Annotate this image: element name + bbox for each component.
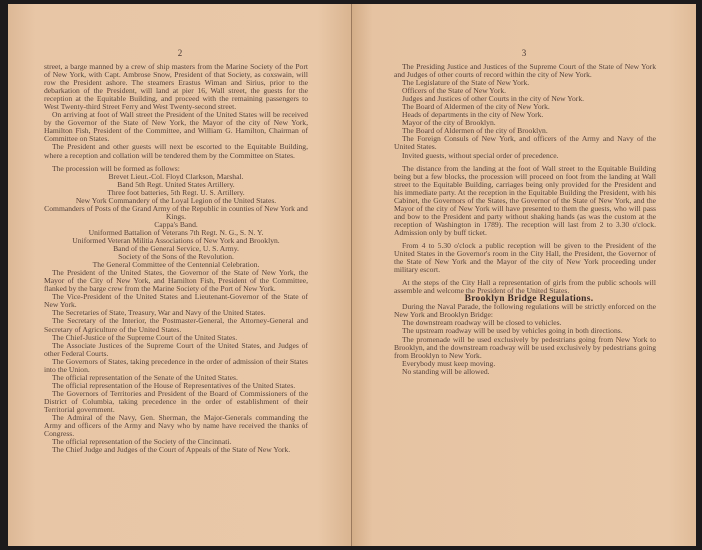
paragraph: The distance from the landing at the foo… xyxy=(394,165,656,237)
paragraph: The President and other guests will next… xyxy=(44,143,308,159)
paragraph: The Chief Judge and Judges of the Court … xyxy=(44,446,308,454)
paragraph: At the steps of the City Hall a represen… xyxy=(394,279,656,295)
left-page: 2 street, a barge manned by a crew of sh… xyxy=(8,4,352,546)
paragraph: Invited guests, without special order of… xyxy=(394,152,656,160)
paragraph: The Admiral of the Navy, Gen. Sherman, t… xyxy=(44,414,308,438)
regulation: During the Naval Parade, the following r… xyxy=(394,303,656,319)
page-number: 3 xyxy=(352,48,696,58)
paragraph: street, a barge manned by a crew of ship… xyxy=(44,63,308,111)
regulation: The promenade will be used exclusively b… xyxy=(394,336,656,360)
paragraph: The Secretary of the Interior, the Postm… xyxy=(44,317,308,333)
procession-item: Commanders of Posts of the Grand Army of… xyxy=(44,205,308,221)
right-page: 3 The Presiding Justice and Justices of … xyxy=(352,4,696,546)
paragraph: From 4 to 5.30 o'clock a public receptio… xyxy=(394,242,656,274)
paragraph: The Foreign Consuls of New York, and off… xyxy=(394,135,656,151)
page-number: 2 xyxy=(8,48,352,58)
right-page-text: The Presiding Justice and Justices of th… xyxy=(394,63,656,376)
paragraph: The Vice-President of the United States … xyxy=(44,293,308,309)
paragraph: The Presiding Justice and Justices of th… xyxy=(394,63,656,79)
paragraph: The Associate Justices of the Supreme Co… xyxy=(44,342,308,358)
paragraph: The President of the United States, the … xyxy=(44,269,308,293)
paragraph: On arriving at foot of Wall street the P… xyxy=(44,111,308,143)
regulation: No standing will be allowed. xyxy=(394,368,656,376)
paragraph: The Governors of Territories and Preside… xyxy=(44,390,308,414)
left-page-text: street, a barge manned by a crew of ship… xyxy=(44,63,308,454)
paragraph: The Governors of States, taking preceden… xyxy=(44,358,308,374)
